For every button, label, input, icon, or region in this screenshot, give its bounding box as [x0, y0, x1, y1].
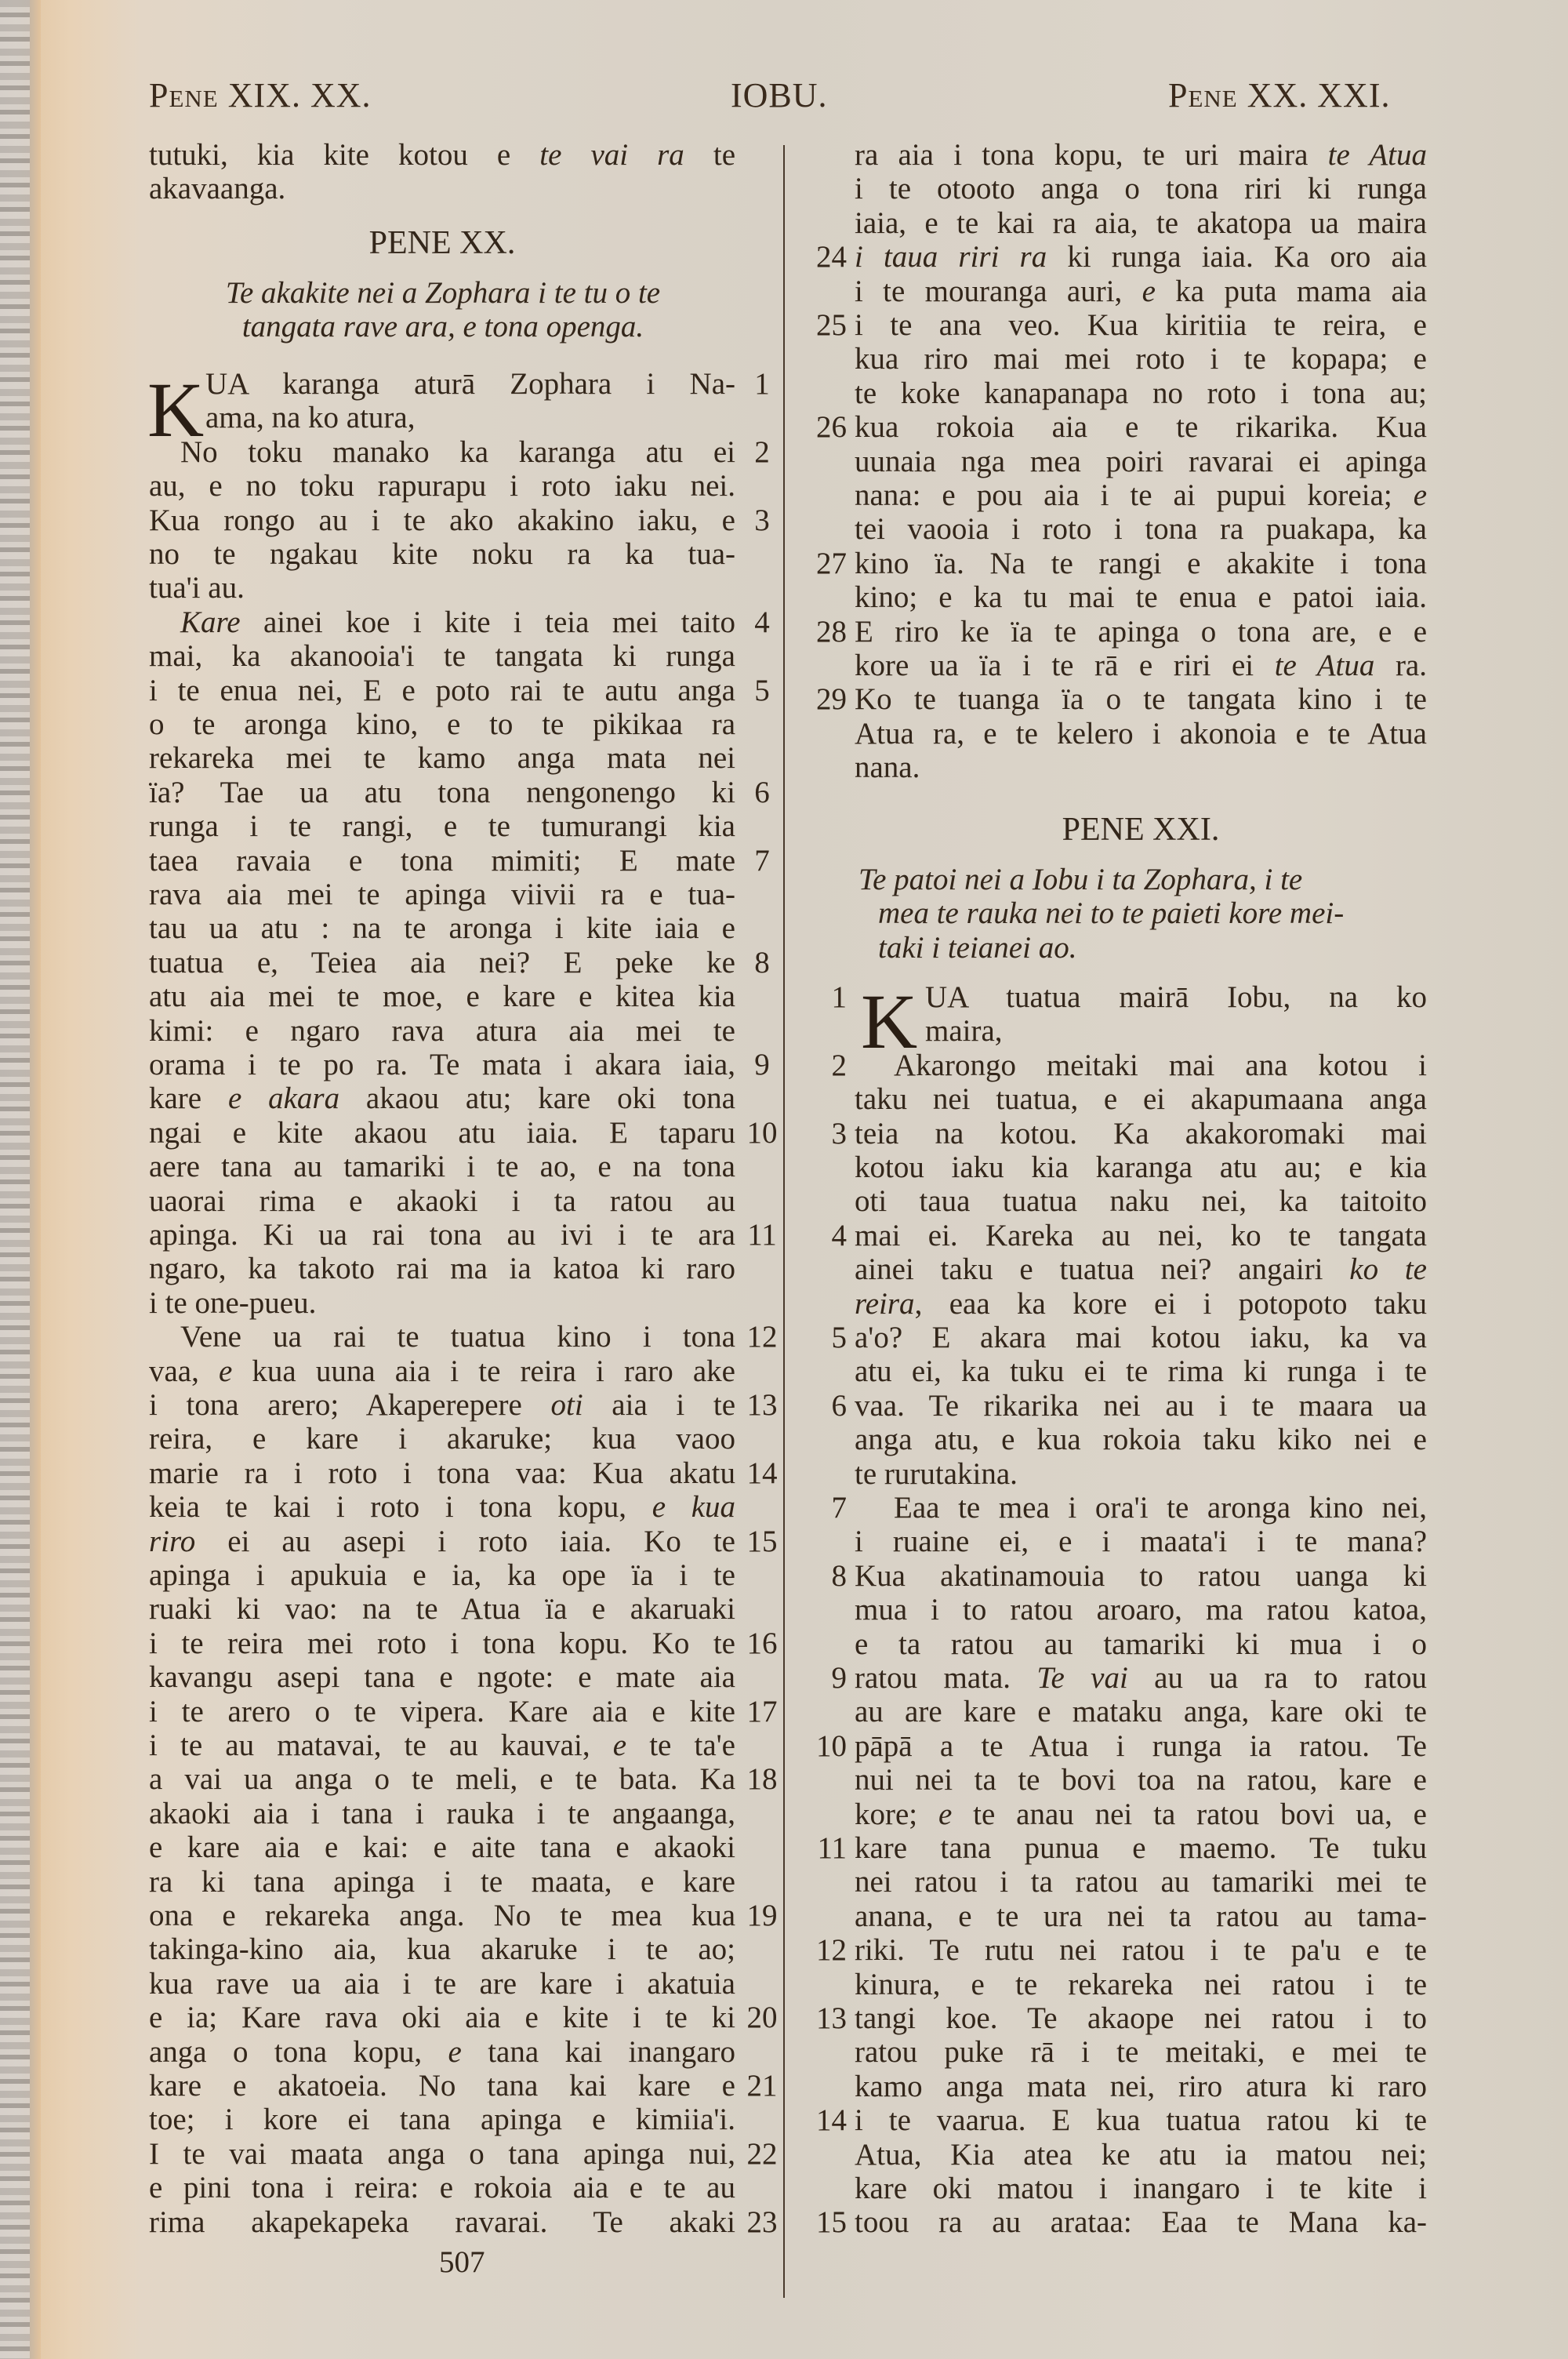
text-line: i te otooto anga o tona riri ki runga: [855, 172, 1427, 206]
verse-number: 24: [798, 240, 847, 274]
verse-number: 12: [746, 1320, 778, 1354]
verse-number: 16: [746, 1627, 778, 1661]
text-line: i te mouranga auri, e ka puta mama aia: [855, 274, 1427, 309]
text-line: te rurutakina.: [855, 1457, 1427, 1492]
verse-number: 14: [746, 1456, 778, 1491]
page-stack-edge: [0, 0, 30, 2359]
text-line: kimi: e ngaro rava atura aia mei te: [149, 1014, 735, 1049]
text-line: E riro ke ïa te apinga o tona are, e e: [855, 615, 1427, 649]
text-line: e ta ratou au tamariki ki mua i o: [855, 1627, 1427, 1662]
text-line: maira,: [925, 1014, 1427, 1049]
text-line: ra aia i tona kopu, te uri maira te Atua: [855, 138, 1427, 173]
header-right-prefix: Pene: [1168, 76, 1238, 114]
text-line: vaa, e kua uuna aia i te reira i raro ak…: [149, 1354, 735, 1389]
verse-number: 10: [798, 1729, 847, 1764]
text-line: kore; e te anau nei ta ratou bovi ua, e: [855, 1797, 1427, 1832]
verse-number: 18: [746, 1762, 778, 1797]
text-line: ratou puke rā i te meitaki, e mei te: [855, 2035, 1427, 2070]
text-line: nui nei ta te bovi toa na ratou, kare e: [855, 1763, 1427, 1797]
text-line: au, e no toku rapurapu i roto iaku nei.: [149, 469, 735, 503]
verse-number: 4: [746, 605, 778, 640]
verse-number: 17: [746, 1695, 778, 1729]
text-line: ama, na ko atura,: [205, 401, 735, 435]
text-line: ngai e kite akaou atu iaia. E taparu: [149, 1116, 735, 1150]
verse-number: 21: [746, 2069, 778, 2103]
book-page: Pene XIX. XX. IOBU. Pene XX. XXI. tutuki…: [0, 0, 1568, 2359]
verse-number: 1: [746, 367, 778, 402]
drop-cap-left: K: [147, 375, 204, 445]
text-line: I te vai maata anga o tana apinga nui,: [149, 2137, 735, 2172]
text-line: kare e akatoeia. No tana kai kare e: [149, 2069, 735, 2103]
text-line: tau ua atu : na te aronga i kite iaia e: [149, 911, 735, 946]
text-line: rima akapekapeka ravarai. Te akaki: [149, 2205, 735, 2240]
text-line: toou ra au arataa: Eaa te Mana ka-: [855, 2205, 1427, 2240]
text-line: Kare ainei koe i kite i teia mei taito: [180, 605, 735, 640]
text-line: Akarongo meitaki mai ana kotou i: [894, 1049, 1427, 1083]
text-line: takinga-kino aia, kua akaruke i te ao;: [149, 1932, 735, 1967]
text-line: vaa. Te rikarika nei au i te maara ua: [855, 1389, 1427, 1423]
chapter-summary: mea te rauka nei to te paieti kore mei-: [878, 896, 1427, 931]
verse-number: 8: [798, 1559, 847, 1594]
text-line: runga i te rangi, e te tumurangi kia: [149, 809, 735, 844]
text-line: kua riro mai mei roto i te kopapa; e: [855, 342, 1427, 376]
text-line: akaoki aia i tana i rauka i te angaanga,: [149, 1797, 735, 1831]
text-line: kare tana punua e maemo. Te tuku: [855, 1831, 1427, 1866]
verse-number: 11: [746, 1218, 778, 1252]
text-line: ngaro, ka takoto rai ma ia katoa ki raro: [149, 1252, 735, 1286]
text-line: tua'i au.: [149, 571, 735, 605]
verse-number: 13: [746, 1388, 778, 1423]
text-line: i taua riri ra ki runga iaia. Ka oro aia: [855, 240, 1427, 274]
verse-number: 26: [798, 410, 847, 445]
running-header-title: IOBU.: [731, 75, 828, 115]
text-line: i te au matavai, te au kauvai, e te ta'e: [149, 1728, 735, 1763]
text-line: i tona arero; Akaperepere oti aia i te: [149, 1388, 735, 1423]
text-line: akavaanga.: [149, 172, 735, 206]
verse-number: 9: [798, 1661, 847, 1696]
text-line: ratou mata. Te vai au ua ra to ratou: [855, 1661, 1427, 1696]
text-line: nei ratou i ta ratou au tamariki mei te: [855, 1865, 1427, 1899]
text-line: e pini tona i reira: e rokoia aia e te a…: [149, 2171, 735, 2205]
text-line: a vai ua anga o te meli, e te bata. Ka: [149, 1762, 735, 1797]
verse-number: 7: [746, 844, 778, 878]
verse-number: 22: [746, 2137, 778, 2172]
text-line: Kua akatinamouia to ratou uanga ki: [855, 1559, 1427, 1594]
verse-number: 15: [798, 2205, 847, 2240]
chapter-summary: Te akakite nei a Zophara i te tu o te: [165, 276, 721, 311]
verse-number: 10: [746, 1116, 778, 1150]
text-line: Ko te tuanga ïa o te tangata kino i te: [855, 682, 1427, 717]
verse-number: 11: [798, 1831, 847, 1866]
text-line: Vene ua rai te tuatua kino i tona: [180, 1320, 735, 1354]
text-line: ona e rekareka anga. No te mea kua: [149, 1899, 735, 1933]
column-divider: [783, 145, 785, 2298]
verse-number: 2: [798, 1049, 847, 1083]
page-number: 507: [439, 2245, 485, 2280]
text-line: Kua rongo au i te ako akakino iaku, e: [149, 503, 735, 538]
text-line: atu aia mei te moe, e kare e kitea kia: [149, 980, 735, 1014]
text-line: rekareka mei te kamo anga mata nei: [149, 741, 735, 776]
chapter-heading: PENE XXI.: [855, 812, 1427, 847]
text-line: No toku manako ka karanga atu ei: [180, 435, 735, 470]
verse-number: 3: [746, 503, 778, 538]
text-line: i te one-pueu.: [149, 1286, 735, 1321]
header-right-chapters: XX. XXI.: [1247, 76, 1391, 114]
text-line: e kare aia e kai: e aite tana e akaoki: [149, 1830, 735, 1865]
text-line: i te vaarua. E kua tuatua ratou ki te: [855, 2103, 1427, 2138]
verse-number: 8: [746, 946, 778, 980]
verse-number: 13: [798, 2001, 847, 2036]
chapter-summary: Te patoi nei a Iobu i ta Zophara, i te: [858, 863, 1427, 897]
text-line: te koke kanapanapa no roto i tona au;: [855, 376, 1427, 411]
verse-number: 14: [798, 2103, 847, 2138]
text-line: kore ua ïa i te rā e riri ei te Atua ra.: [855, 649, 1427, 683]
text-line: kare e akara akaou atu; kare oki tona: [149, 1081, 735, 1116]
binding-gutter: [30, 0, 41, 2359]
text-line: i te arero o te vipera. Kare aia e kite: [149, 1695, 735, 1729]
text-line: ïa? Tae ua atu tona nengonengo ki: [149, 776, 735, 810]
text-line: toe; i kore ei tana apinga e kimiia'i.: [149, 2103, 735, 2137]
text-line: apinga i apukuia e ia, ka ope ïa i te: [149, 1558, 735, 1593]
text-line: tutuki, kia kite kotou e te vai ra te: [149, 138, 735, 173]
text-line: nana.: [855, 751, 1427, 785]
verse-number: 9: [746, 1048, 778, 1082]
text-line: a'o? E akara mai kotou iaku, ka va: [855, 1321, 1427, 1355]
text-line: mua i to ratou aroaro, ma ratou katoa,: [855, 1593, 1427, 1627]
text-line: kinura, e te rekareka nei ratou i te: [855, 1968, 1427, 2002]
running-header-right: Pene XX. XXI.: [1168, 75, 1391, 115]
verse-number: 6: [798, 1389, 847, 1423]
text-line: nana: e pou aia i te ai pupui koreia; e: [855, 478, 1427, 513]
text-line: Atua, Kia atea ke atu ia matou nei;: [855, 2138, 1427, 2172]
text-line: teia na kotou. Ka akakoromaki mai: [855, 1117, 1427, 1151]
verse-number: 6: [746, 776, 778, 810]
text-line: anga atu, e kua rokoia taku kiko nei e: [855, 1423, 1427, 1457]
running-header-left: Pene XIX. XX.: [149, 75, 372, 115]
text-line: keia te kai i roto i tona kopu, e kua: [149, 1490, 735, 1525]
text-line: mai, ka akanooia'i te tangata ki runga: [149, 639, 735, 674]
text-line: i te enua nei, E e poto rai te autu anga: [149, 674, 735, 708]
text-line: kino; e ka tu mai te enua e patoi iaia.: [855, 580, 1427, 615]
text-line: kotou iaku kia karanga atu au; e kia: [855, 1150, 1427, 1185]
text-line: reira, e kare i akaruke; kua vaoo: [149, 1422, 735, 1456]
text-line: uaorai rima e akaoki i ta ratou au: [149, 1184, 735, 1219]
verse-number: 28: [798, 615, 847, 649]
text-line: Atua ra, e te kelero i akonoia e te Atua: [855, 717, 1427, 751]
verse-number: 4: [798, 1219, 847, 1253]
chapter-heading: PENE XX.: [149, 226, 735, 260]
verse-number: 23: [746, 2205, 778, 2240]
text-line: au are kare e mataku anga, kare oki te: [855, 1695, 1427, 1729]
text-line: no te ngakau kite noku ra ka tua-: [149, 537, 735, 572]
text-line: rava aia mei te apinga viivii ra e tua-: [149, 878, 735, 912]
chapter-summary: taki i teianei ao.: [878, 931, 1427, 965]
text-line: tangi koe. Te akaope nei ratou i to: [855, 2001, 1427, 2036]
text-line: e ia; Kare rava oki aia e kite i te ki: [149, 2001, 735, 2035]
text-line: UA tuatua mairā Iobu, na ko: [925, 980, 1427, 1015]
verse-number: 25: [798, 308, 847, 343]
verse-number: 1: [798, 980, 847, 1015]
text-line: aere tana au tamariki i te ao, e na tona: [149, 1150, 735, 1184]
text-line: pāpā a te Atua i runga ia ratou. Te: [855, 1729, 1427, 1764]
text-line: oti taua tuatua naku nei, ka taitoito: [855, 1184, 1427, 1219]
text-line: reira, eaa ka kore ei i potopoto taku: [855, 1287, 1427, 1321]
header-left-chapters: XIX. XX.: [228, 76, 372, 114]
text-line: marie ra i roto i tona vaa: Kua akatu: [149, 1456, 735, 1491]
chapter-summary: tangata rave ara, e tona openga.: [165, 310, 721, 344]
text-line: uunaia nga mea poiri ravarai ei apinga: [855, 445, 1427, 479]
verse-number: 2: [746, 435, 778, 470]
text-line: kare oki matou i inangaro i te kite i: [855, 2172, 1427, 2206]
text-line: mai ei. Kareka au nei, ko te tangata: [855, 1219, 1427, 1253]
verse-number: 29: [798, 682, 847, 717]
text-line: anga o tona kopu, e tana kai inangaro: [149, 2035, 735, 2070]
text-line: ruaki ki vao: na te Atua ïa e akaruaki: [149, 1592, 735, 1627]
text-line: kino ïa. Na te rangi e akakite i tona: [855, 547, 1427, 581]
verse-number: 5: [746, 674, 778, 708]
text-line: kua rokoia aia e te rikarika. Kua: [855, 410, 1427, 445]
verse-number: 19: [746, 1899, 778, 1933]
verse-number: 7: [798, 1491, 847, 1525]
verse-number: 27: [798, 547, 847, 581]
text-line: i te reira mei roto i tona kopu. Ko te: [149, 1627, 735, 1661]
text-line: ainei taku e tuatua nei? angairi ko te: [855, 1252, 1427, 1287]
header-left-prefix: Pene: [149, 76, 219, 114]
text-line: i ruaine ei, e i maata'i i te mana?: [855, 1525, 1427, 1559]
text-line: riki. Te rutu nei ratou i te pa'u e te: [855, 1933, 1427, 1968]
text-line: tuatua e, Teiea aia nei? E peke ke: [149, 946, 735, 980]
text-line: atu ei, ka tuku ei te rima ki runga i te: [855, 1354, 1427, 1389]
verse-number: 5: [798, 1321, 847, 1355]
text-line: taku nei tuatua, e ei akapumaana anga: [855, 1082, 1427, 1117]
text-line: Eaa te mea i ora'i te aronga kino nei,: [894, 1491, 1427, 1525]
text-line: kua rave ua aia i te are kare i akatuia: [149, 1967, 735, 2001]
text-line: kamo anga mata nei, riro atura ki raro: [855, 2070, 1427, 2104]
text-line: ra ki tana apinga i te maata, e kare: [149, 1865, 735, 1899]
text-line: tei vaooia i roto i tona ra puakapa, ka: [855, 512, 1427, 547]
text-line: apinga. Ki ua rai tona au ivi i te ara: [149, 1218, 735, 1252]
text-line: o te aronga kino, e to te pikikaa ra: [149, 707, 735, 742]
verse-number: 15: [746, 1525, 778, 1559]
text-line: iaia, e te kai ra aia, te akatopa ua mai…: [855, 206, 1427, 241]
verse-number: 20: [746, 2001, 778, 2035]
text-line: UA karanga aturā Zophara i Na-: [205, 367, 735, 402]
text-line: taea ravaia e tona mimiti; E mate: [149, 844, 735, 878]
text-line: riro ei au asepi i roto iaia. Ko te: [149, 1525, 735, 1559]
verse-number: 12: [798, 1933, 847, 1968]
text-line: i te ana veo. Kua kiritiia te reira, e: [855, 308, 1427, 343]
text-line: orama i te po ra. Te mata i akara iaia,: [149, 1048, 735, 1082]
text-line: kavangu asepi tana e ngote: e mate aia: [149, 1660, 735, 1695]
verse-number: 3: [798, 1117, 847, 1151]
text-line: anana, e te ura nei ta ratou au tama-: [855, 1899, 1427, 1934]
drop-cap-right: K: [861, 987, 917, 1057]
